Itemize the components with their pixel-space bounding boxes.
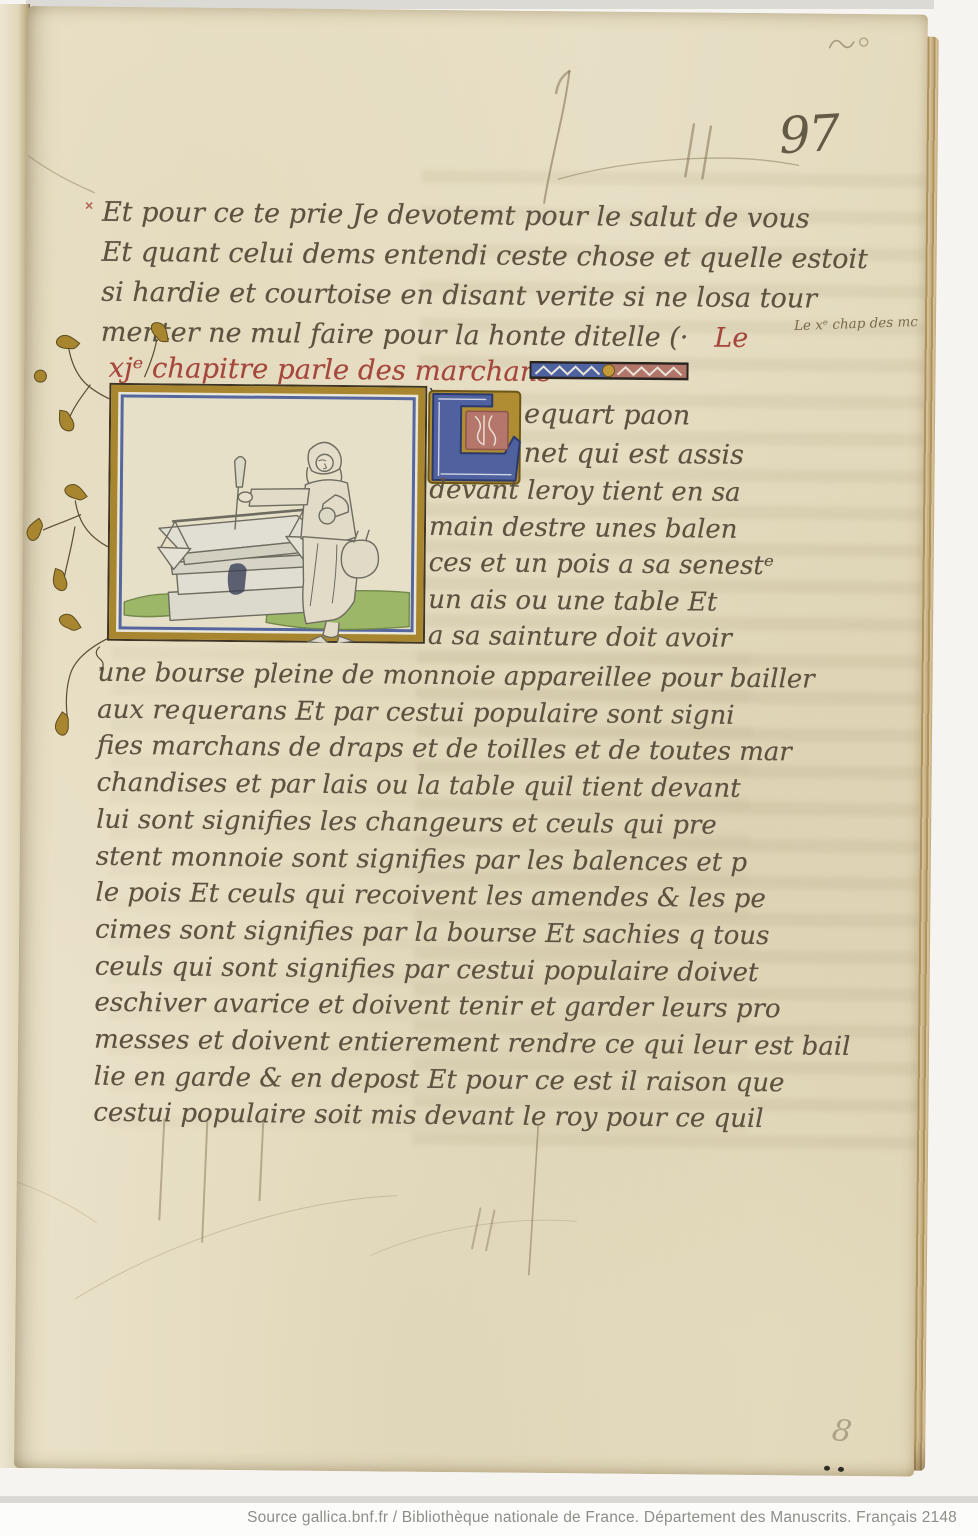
text-line: main destre unes balen [429,508,775,548]
text-line: equart paon [524,395,745,436]
source-attribution: Source gallica.bnf.fr / Bibliothèque nat… [247,1509,957,1527]
photo-bottom-edge [0,1496,978,1503]
column-text-beside-miniature: devant leroy tient en sa main destre une… [428,472,775,658]
paragraph-main: une bourse pleine de monnoie appareillee… [93,655,854,1139]
text-line: cestui populaire soit mis devant le roy … [93,1095,850,1139]
pencil-mark: 8 [830,1413,854,1450]
source-bar: Source gallica.bnf.fr / Bibliothèque nat… [0,1503,978,1536]
miniature-merchant-with-scales [107,383,428,649]
ink-dot [838,1467,844,1472]
folio-number: 97 [777,104,840,165]
ink-dot [824,1466,830,1471]
text-line: menter ne mul faire pour la honte ditell… [101,317,689,354]
book: 97 Le xᵉ chap des mc Et pour ce te prie … [14,6,942,1479]
column-text-after-initial: equart paon net qui est assis [524,395,745,475]
text-line: ces et un pois a sa senestᵉ [428,545,774,585]
manuscript-photo: 97 Le xᵉ chap des mc Et pour ce te prie … [0,0,978,1502]
text-line: devant leroy tient en sa [429,472,775,512]
rubric-lead-in: Le [714,323,748,354]
manuscript-page: 97 Le xᵉ chap des mc Et pour ce te prie … [14,6,928,1477]
text-line: a sa sainture doit avoir [428,618,774,658]
line-filler-bar [529,361,689,387]
paragraph-top: Et pour ce te prie Je devotemt pour le s… [101,193,869,360]
text-line: net qui est assis [524,434,745,475]
text-line: un ais ou une table Et [428,582,774,622]
